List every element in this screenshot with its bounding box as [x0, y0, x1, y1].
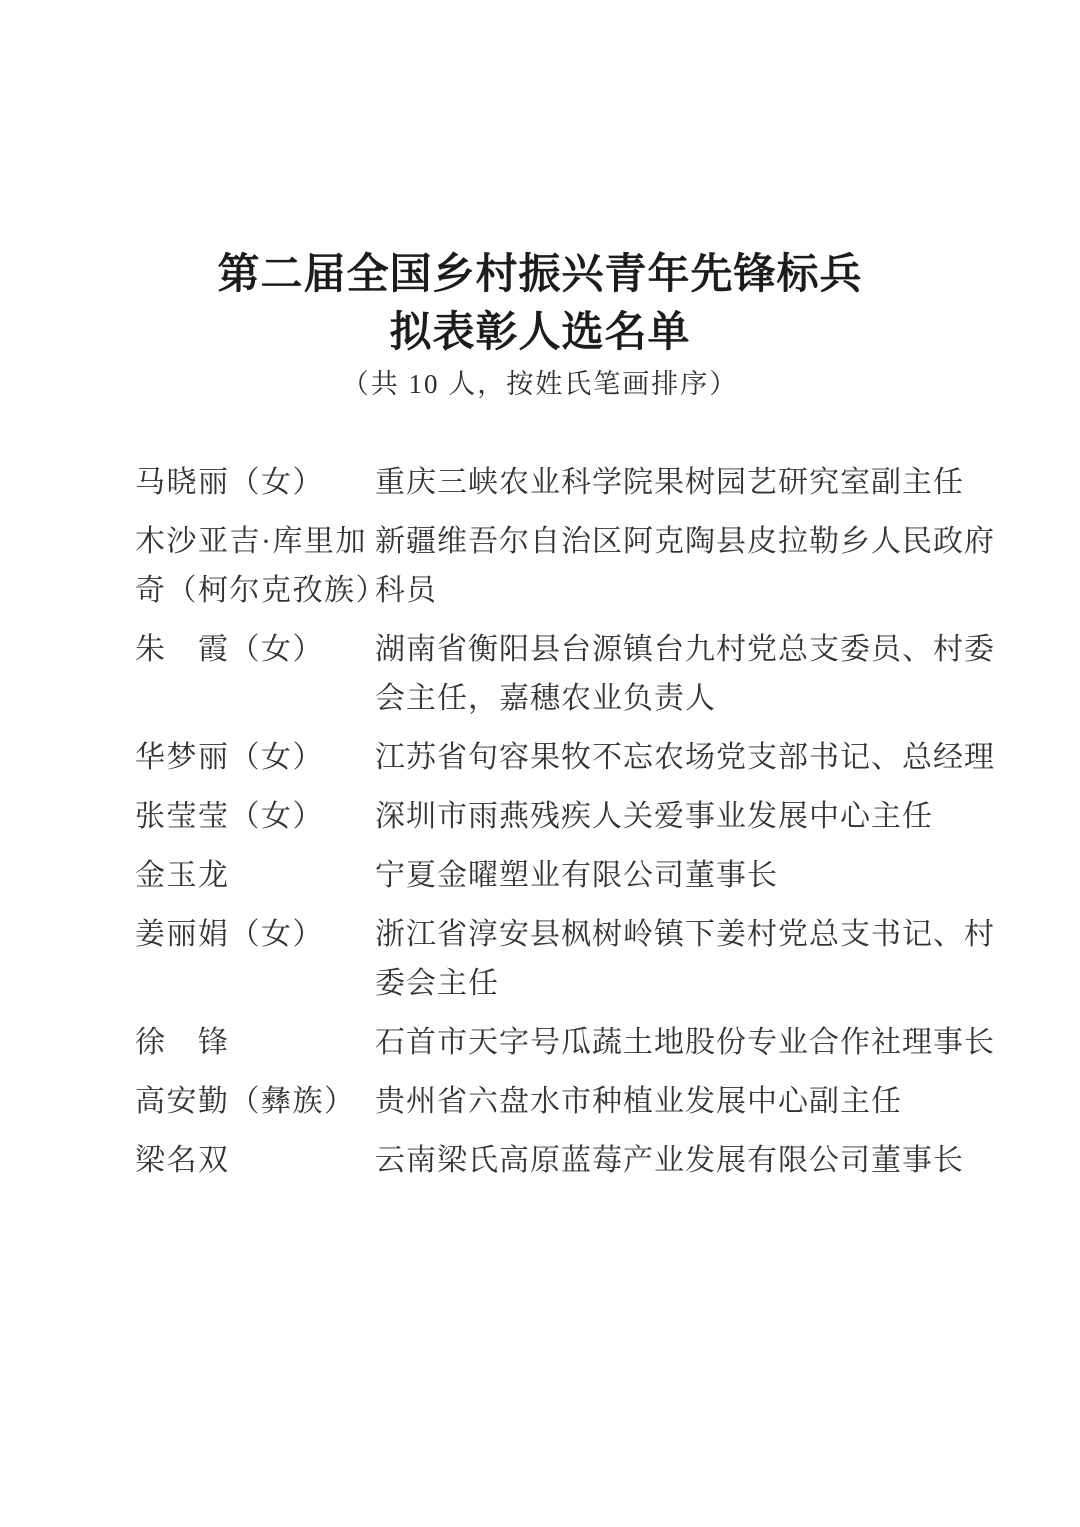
awardee-description: 湖南省衡阳县台源镇台九村党总支委员、村委会主任，嘉穗农业负责人: [375, 625, 999, 723]
list-item: 高安勤（彝族） 贵州省六盘水市种植业发展中心副主任: [135, 1077, 999, 1126]
awardee-description: 贵州省六盘水市种植业发展中心副主任: [375, 1077, 999, 1126]
awardee-name: 华梦丽（女）: [135, 733, 375, 782]
list-item: 梁名双 云南梁氏高原蓝莓产业发展有限公司董事长: [135, 1136, 999, 1185]
awardee-description: 宁夏金曜塑业有限公司董事长: [375, 851, 999, 900]
list-item: 华梦丽（女） 江苏省句容果牧不忘农场党支部书记、总经理: [135, 733, 999, 782]
awardee-description: 石首市天字号瓜蔬土地股份专业合作社理事长: [375, 1018, 999, 1067]
awardee-name: 梁名双: [135, 1136, 375, 1185]
awardee-description: 重庆三峡农业科学院果树园艺研究室副主任: [375, 458, 999, 507]
awardee-name: 张莹莹（女）: [135, 792, 375, 841]
awardee-name: 马晓丽（女）: [135, 458, 375, 507]
list-item: 朱 霞（女） 湖南省衡阳县台源镇台九村党总支委员、村委会主任，嘉穗农业负责人: [135, 625, 999, 723]
awardee-list: 马晓丽（女） 重庆三峡农业科学院果树园艺研究室副主任 木沙亚吉·库里加奇（柯尔克…: [135, 458, 999, 1185]
list-item: 马晓丽（女） 重庆三峡农业科学院果树园艺研究室副主任: [135, 458, 999, 507]
awardee-name: 徐 锋: [135, 1018, 375, 1067]
awardee-name: 高安勤（彝族）: [135, 1077, 375, 1126]
list-item: 张莹莹（女） 深圳市雨燕残疾人关爱事业发展中心主任: [135, 792, 999, 841]
document-subtitle: （共 10 人，按姓氏笔画排序）: [0, 364, 1080, 404]
list-item: 姜丽娟（女） 浙江省淳安县枫树岭镇下姜村党总支书记、村委会主任: [135, 910, 999, 1008]
awardee-name: 姜丽娟（女）: [135, 910, 375, 959]
awardee-name: 木沙亚吉·库里加奇（柯尔克孜族）: [135, 517, 375, 615]
awardee-name: 金玉龙: [135, 851, 375, 900]
awardee-name: 朱 霞（女）: [135, 625, 375, 674]
list-item: 徐 锋 石首市天字号瓜蔬土地股份专业合作社理事长: [135, 1018, 999, 1067]
document-page: 第二届全国乡村振兴青年先锋标兵 拟表彰人选名单 （共 10 人，按姓氏笔画排序）…: [0, 0, 1080, 1527]
awardee-description: 深圳市雨燕残疾人关爱事业发展中心主任: [375, 792, 999, 841]
awardee-description: 江苏省句容果牧不忘农场党支部书记、总经理: [375, 733, 999, 782]
list-item: 金玉龙 宁夏金曜塑业有限公司董事长: [135, 851, 999, 900]
document-title-line-1: 第二届全国乡村振兴青年先锋标兵: [0, 246, 1080, 304]
document-header: 第二届全国乡村振兴青年先锋标兵 拟表彰人选名单 （共 10 人，按姓氏笔画排序）: [0, 0, 1080, 404]
list-item: 木沙亚吉·库里加奇（柯尔克孜族） 新疆维吾尔自治区阿克陶县皮拉勒乡人民政府科员: [135, 517, 999, 615]
awardee-description: 新疆维吾尔自治区阿克陶县皮拉勒乡人民政府科员: [375, 517, 999, 615]
document-title-line-2: 拟表彰人选名单: [0, 304, 1080, 362]
awardee-description: 浙江省淳安县枫树岭镇下姜村党总支书记、村委会主任: [375, 910, 999, 1008]
awardee-description: 云南梁氏高原蓝莓产业发展有限公司董事长: [375, 1136, 999, 1185]
